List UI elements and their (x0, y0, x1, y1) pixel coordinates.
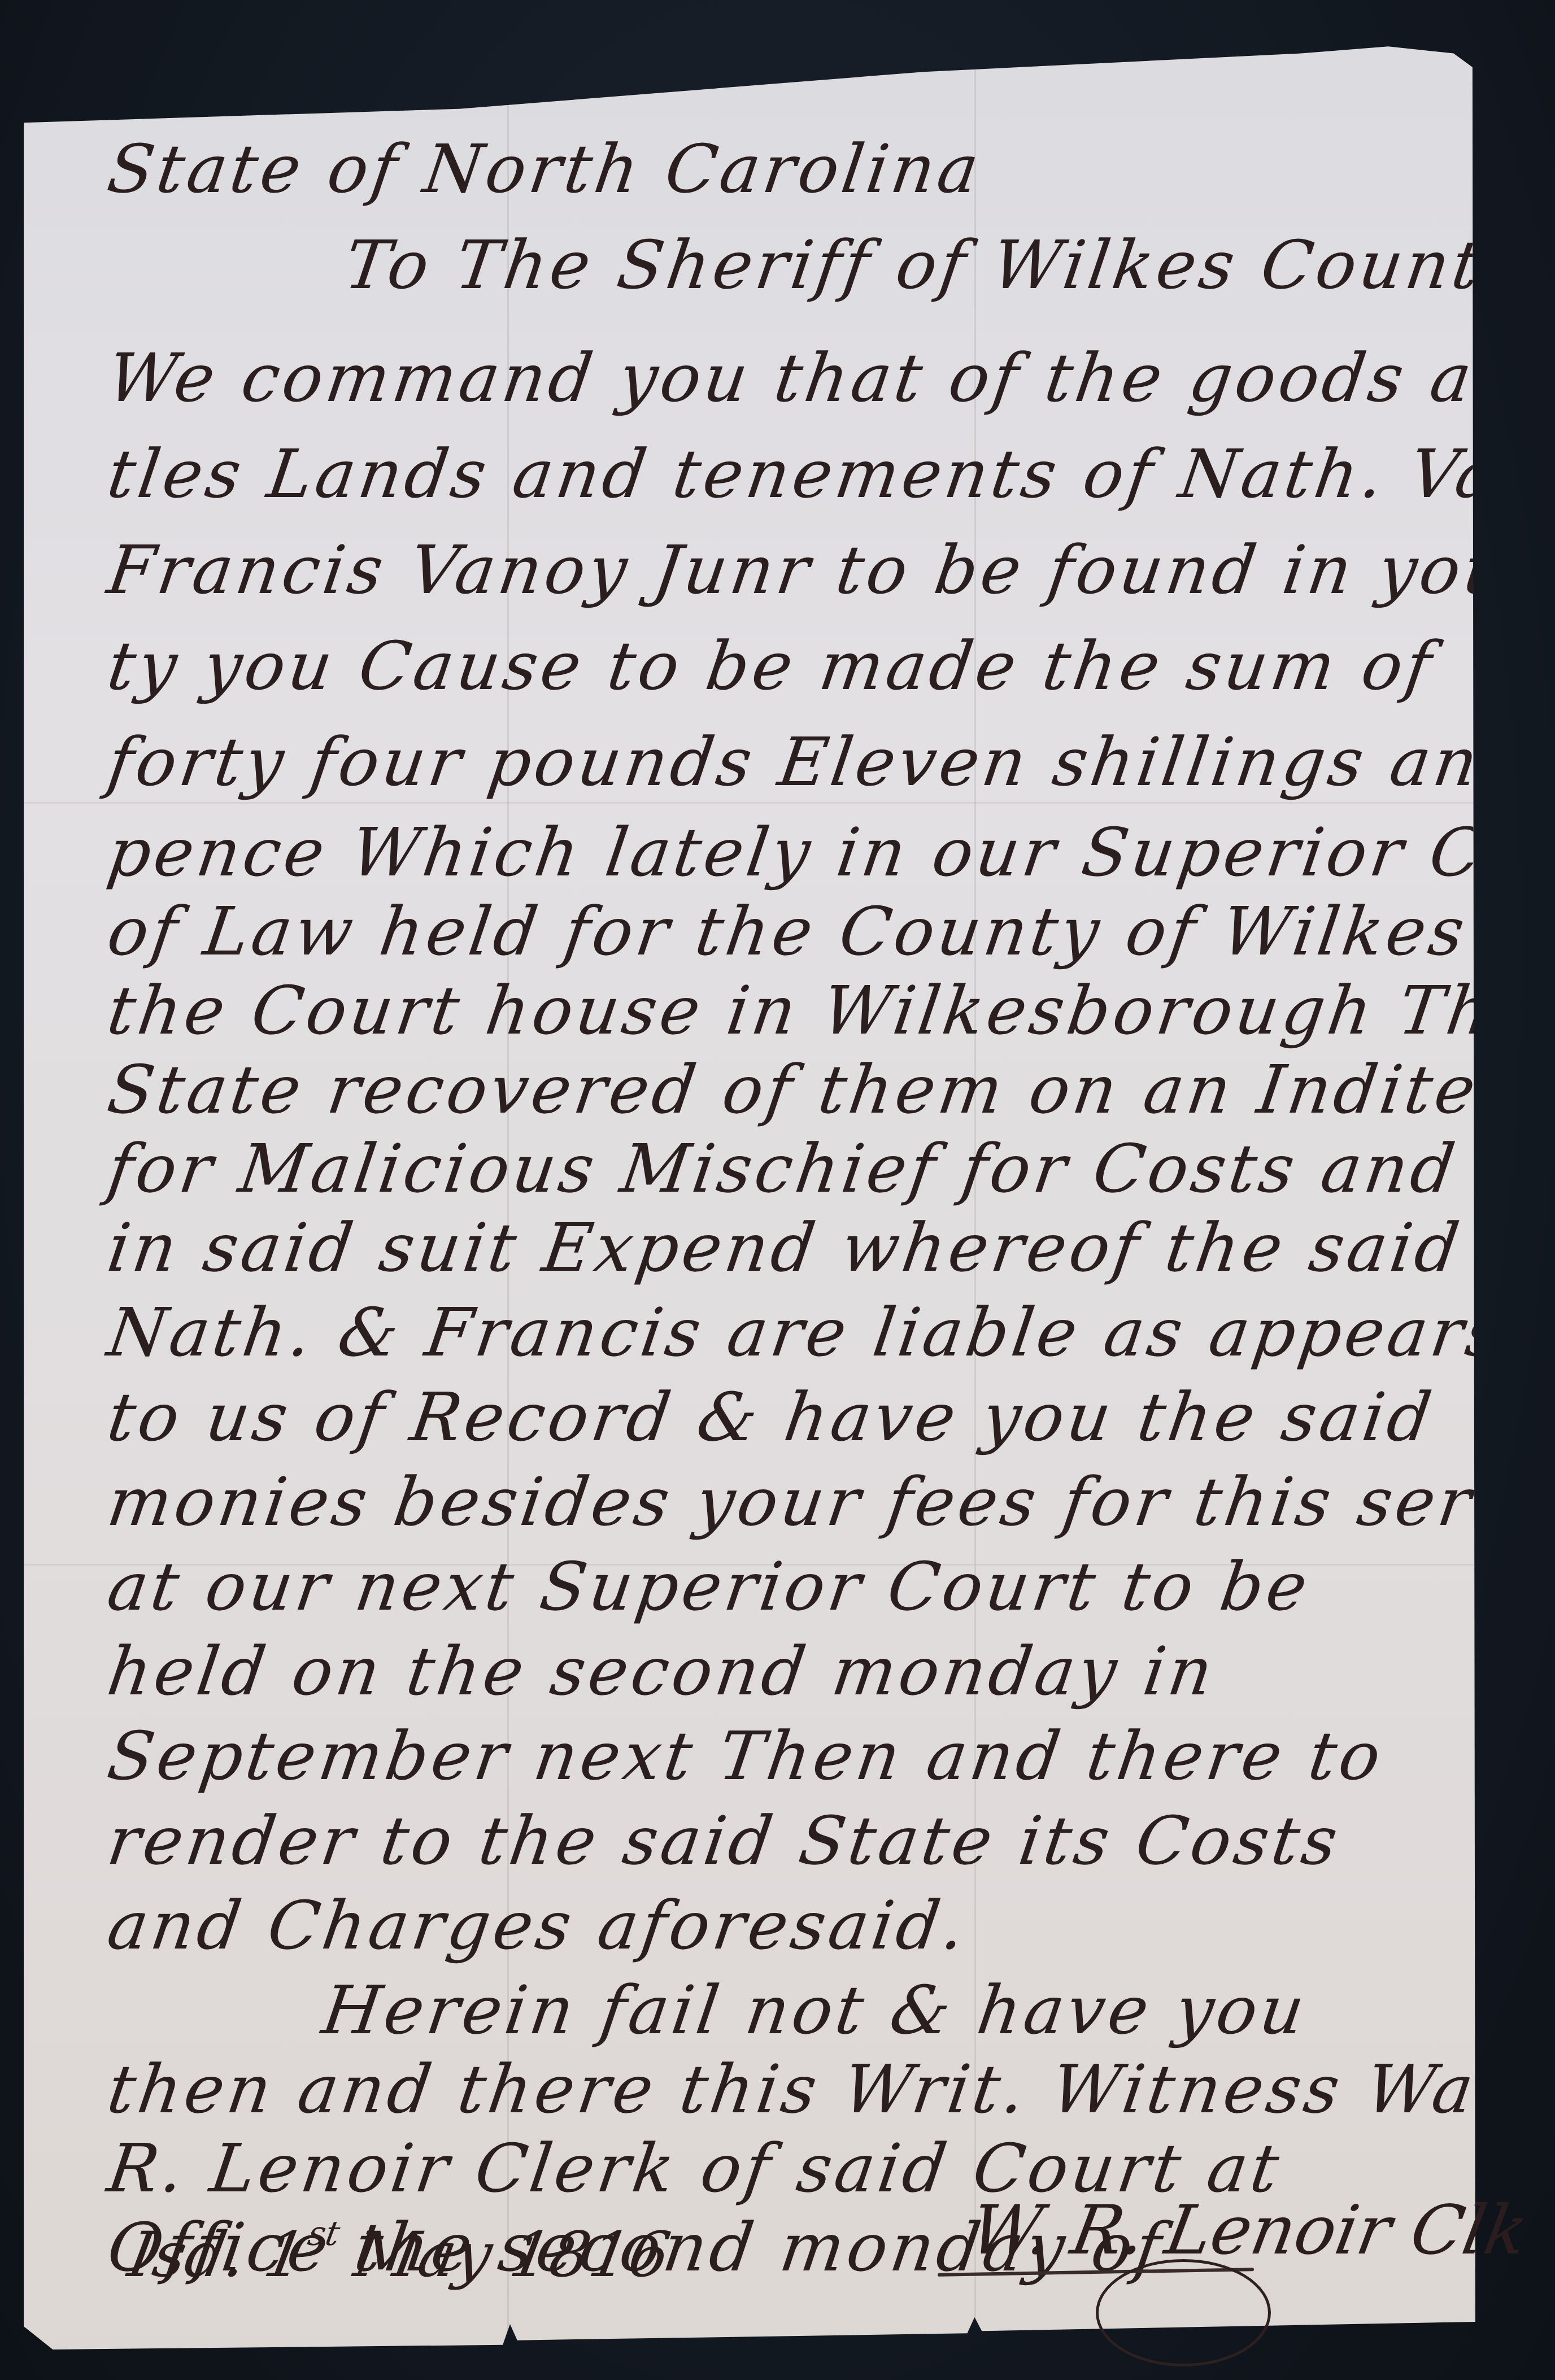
body-line: at our next Superior Court to be (103, 1548, 1315, 1625)
heading-address: To The Sheriff of Wilkes County Greeting (340, 226, 1555, 304)
body-line: We command you that of the goods and Cha… (103, 339, 1555, 417)
signature: W. R. Lenoir Clk (965, 2191, 1534, 2270)
body-line: forty four pounds Eleven shillings and E… (103, 723, 1555, 801)
issued-month-year: May 1816 (349, 2218, 676, 2291)
body-line: Nath. & Francis are liable as appears (103, 1293, 1509, 1371)
body-line: in said suit Expend whereof the said (103, 1209, 1467, 1287)
body-line: pence Which lately in our Superior Court (103, 813, 1555, 891)
fold-line (24, 802, 1475, 804)
document-page: State of North Carolina To The Sheriff o… (24, 40, 1475, 2350)
body-line: tles Lands and tenements of Nath. Vanoy … (103, 435, 1555, 513)
body-line: Herein fail not & have you (317, 1971, 1312, 2049)
issued-date: Isd. 1st May 1816 (123, 2214, 676, 2291)
body-line: State recovered of them on an Inditement (103, 1050, 1555, 1128)
issued-day: 1 (259, 2218, 311, 2291)
body-line: of Law held for the County of Wilkes at (103, 892, 1555, 970)
signature-flourish (1096, 2259, 1271, 2366)
body-line: and Charges aforesaid. (103, 1886, 973, 1964)
issued-day-suffix: st (305, 2214, 343, 2253)
body-line: September next Then and there to (103, 1717, 1388, 1795)
body-line: held on the second monday in (103, 1632, 1221, 1710)
body-line: the Court house in Wilkesborough The (103, 971, 1541, 1049)
body-line: Francis Vanoy Junr to be found in your C… (103, 531, 1555, 609)
body-line: render to the said State its Costs (103, 1802, 1345, 1880)
body-line: then and there this Writ. Witness Walter (103, 2050, 1555, 2128)
body-line: ty you Cause to be made the sum of (103, 627, 1439, 705)
body-line: to us of Record & have you the said (103, 1378, 1439, 1456)
body-line: monies besides your fees for this servic… (103, 1463, 1555, 1541)
issued-label: Isd. (123, 2218, 252, 2291)
body-line: for Malicious Mischief for Costs and Cha… (103, 1130, 1555, 1208)
heading-state: State of North Carolina (103, 130, 987, 208)
